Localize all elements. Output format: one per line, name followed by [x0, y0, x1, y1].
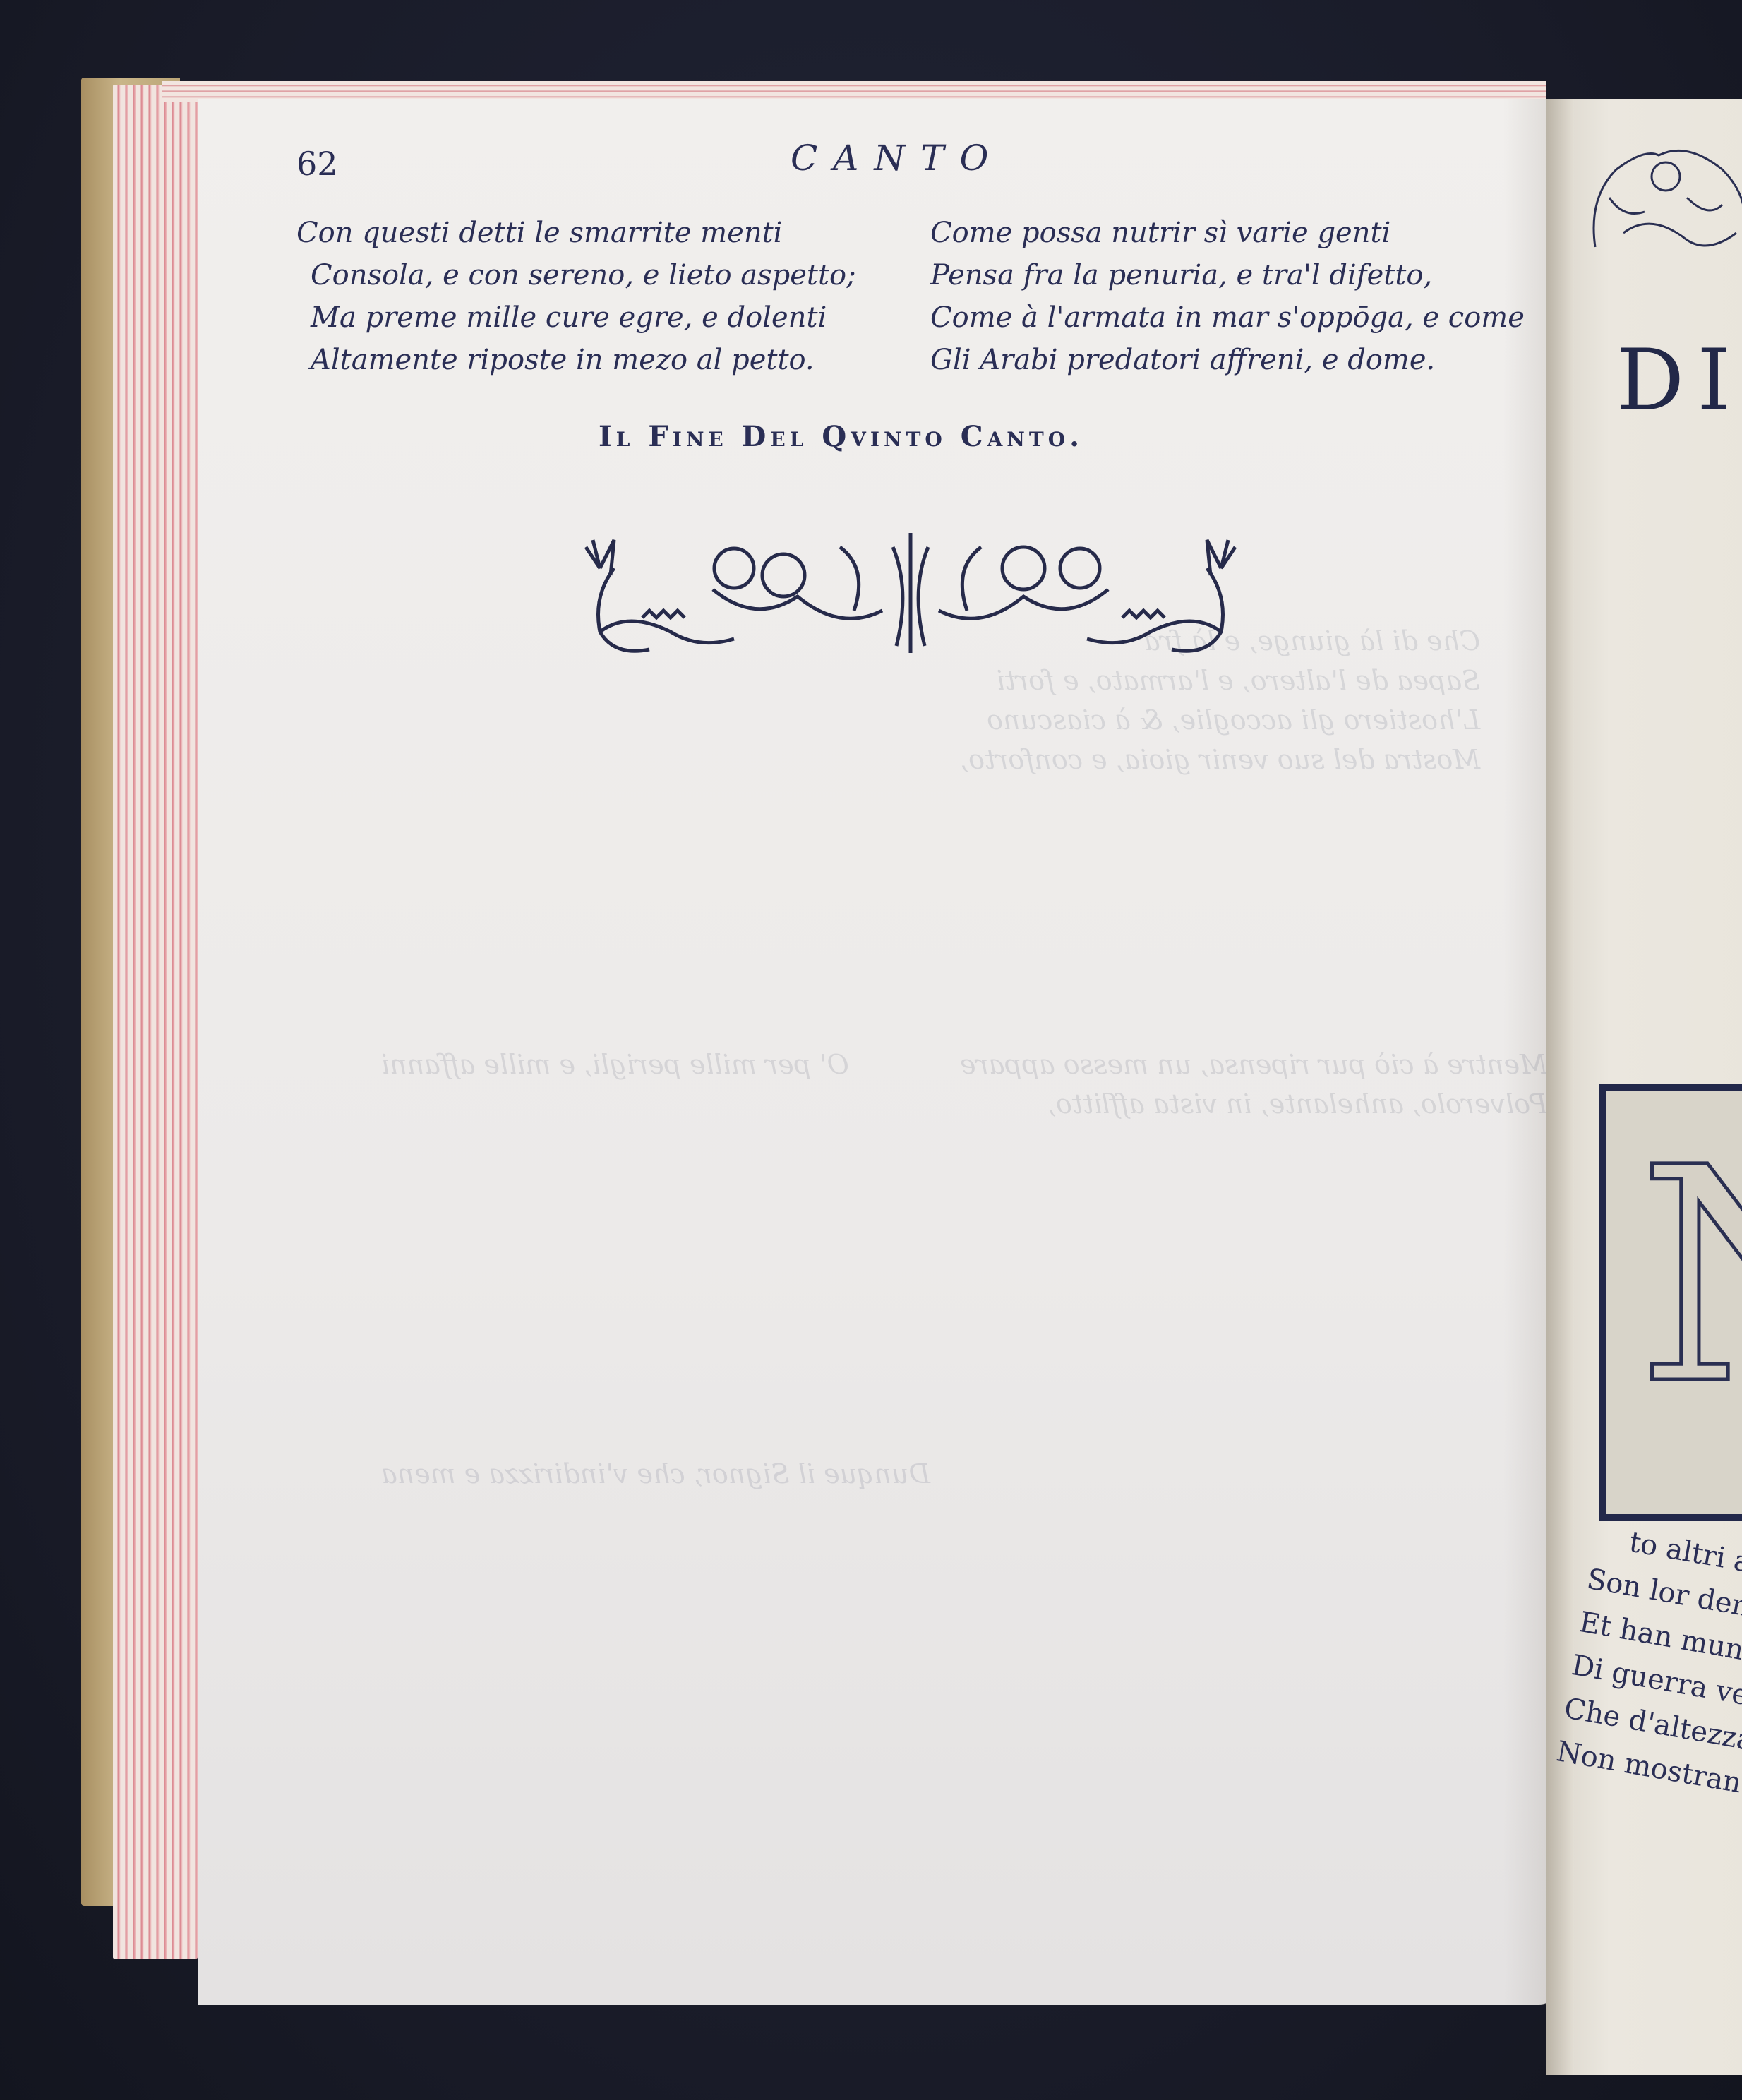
verse-line: Come à l'armata in mar s'oppōga, e come — [930, 296, 1525, 339]
bleed-line: Mostra del suo venir gioia, e conforto, — [960, 740, 1480, 779]
verse-line: Con questi detti le smarrite menti — [296, 212, 856, 254]
bleed-through-text: Mentre à ciò pur ripensa, un messo appar… — [960, 1045, 1547, 1124]
book-gutter — [1546, 99, 1574, 2075]
stanza-right: Come possa nutrir sì varie genti Pensa f… — [930, 212, 1525, 381]
bleed-line: L'hostiero gli accoglie, & à ciascuno — [960, 700, 1480, 740]
verse-line: Pensa fra la penuria, e tra'l difetto, — [930, 254, 1525, 296]
bleed-line: Mentre à ciò pur ripensa, un messo appar… — [960, 1045, 1547, 1084]
running-head: CANTO — [791, 138, 1004, 179]
woodcut-headpiece-icon — [1581, 127, 1742, 268]
bleed-line: Sapea de l'altero, e l'armato, e forti — [960, 661, 1480, 700]
verse-line: Altamente riposte in mezo al petto. — [296, 339, 856, 381]
verse-line: Come possa nutrir sì varie genti — [930, 212, 1525, 254]
page-edges-red — [113, 85, 198, 1959]
verse-line: Gli Arabi predatori affreni, e dome. — [930, 339, 1525, 381]
stanza-left: Con questi detti le smarrite menti Conso… — [296, 212, 856, 381]
bleed-line: Polverolo, anhelante, in vista afflitto, — [960, 1084, 1547, 1124]
bleed-line: Dunque il Signor, che v'indirizza e mena — [381, 1454, 930, 1494]
colophon-end-of-canto: Il Fine Del Qvinto Canto. — [599, 420, 1083, 453]
page-number: 62 — [296, 145, 338, 183]
bleed-through-text: O' per mille perigli, e mille affanni — [381, 1045, 849, 1084]
bleed-through-text: Dunque il Signor, che v'indirizza e mena — [381, 1454, 930, 1494]
chapter-title-initials: DI — [1616, 332, 1742, 430]
verse-line: Ma preme mille cure egre, e dolenti — [296, 296, 856, 339]
verse-line: Consola, e con sereno, e lieto aspetto; — [296, 254, 856, 296]
woodcut-tailpiece-ornament — [572, 526, 1249, 660]
bleed-line: O' per mille perigli, e mille affanni — [381, 1045, 849, 1084]
woodcut-initial-letter: N — [1638, 1129, 1742, 1426]
